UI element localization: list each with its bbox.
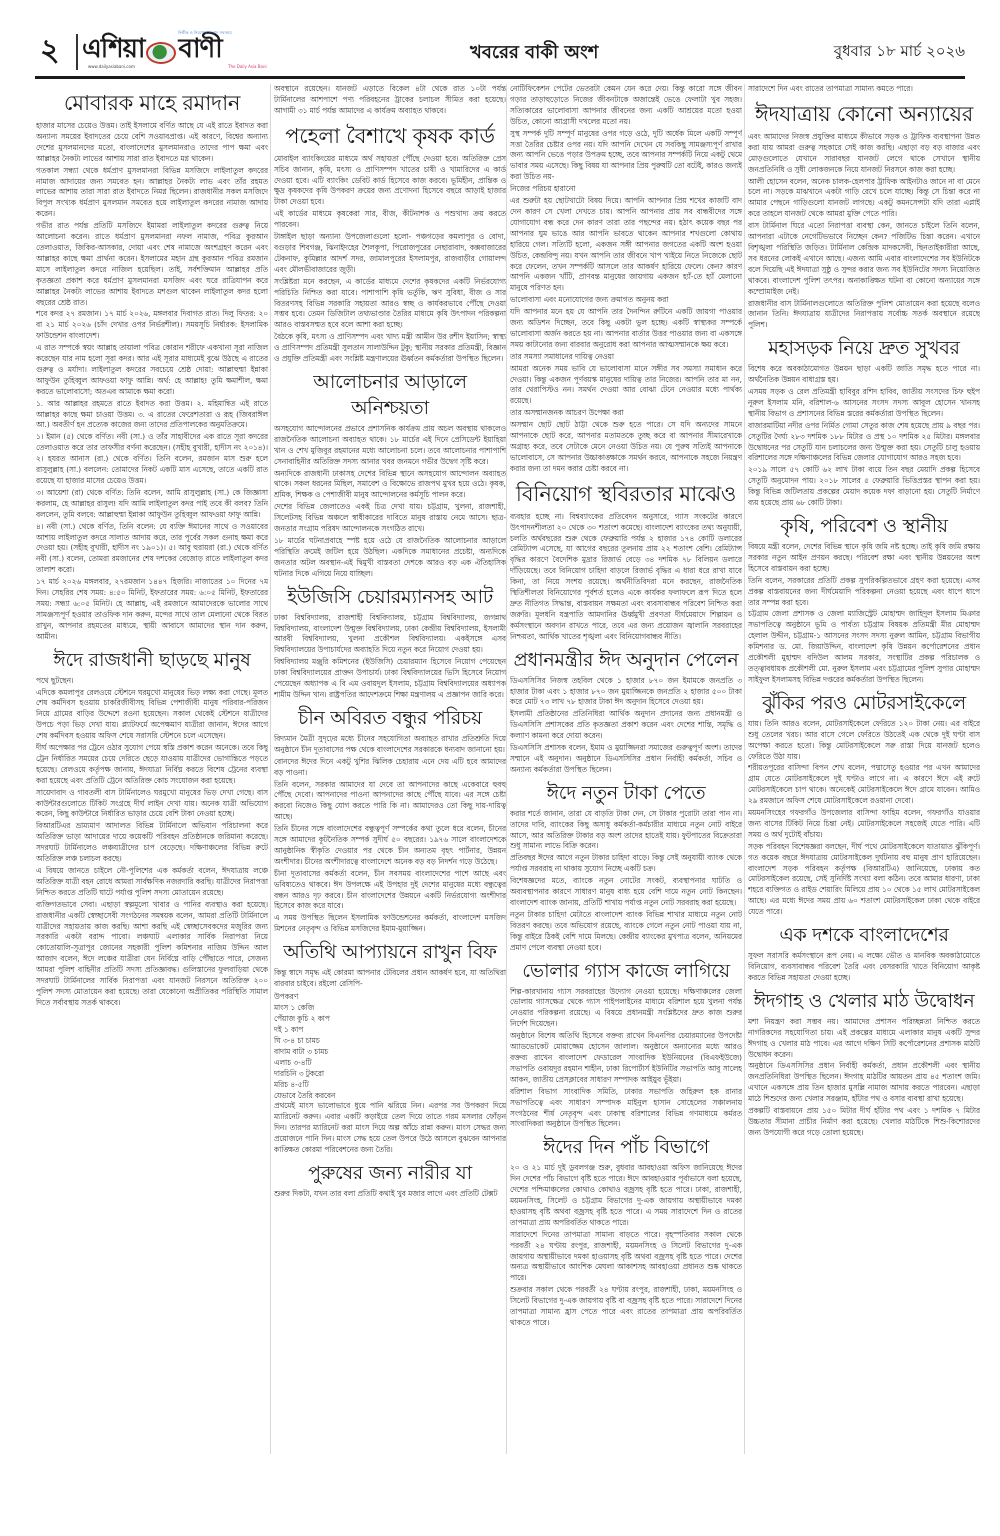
article-paragraph: প্রকল্পটি বাস্তবায়নে প্রায় ১৫০ মিটার দ… — [748, 1106, 980, 1139]
article-paragraph: অসম্মান ছোট ছোট ঠাট্টা থেকে শুরু হতে পার… — [510, 420, 742, 475]
article-paragraph: তিনি বলেন, সরকারের প্রতিটি প্রকল্প সুপরি… — [748, 576, 980, 609]
article: মোবারক মাহে রমাদান হাজার মাসের চেয়েও উত… — [36, 88, 268, 643]
article-paragraph: ব্যক্তিগতভাবে সেবা। এছাড়া স্বল্পমূল্যে … — [36, 900, 268, 1009]
article: মহাসড়ক নিয়ে দ্রুত সুখবর বিশেষ করে অবকা… — [748, 335, 980, 509]
ingredient-item: এলাচ ৩-৪টি — [274, 1057, 506, 1068]
article-paragraph: এ রাত সম্পর্কে স্বয়ং আল্লাহ তায়ালা পবি… — [36, 343, 268, 398]
logo-name-right: বাণী — [178, 34, 221, 64]
article: আলোচনার আড়ালে অনিশ্চয়তা অসহযোগ আন্দোলন… — [274, 369, 506, 580]
article-continuation: নোটিফিকেশন পেটের ভেতরটা কেমন যেন করে দেয… — [510, 84, 742, 475]
article-paragraph: শুরুর দিকটা, যখন তার বলা প্রতিটি কথাই খু… — [274, 1189, 506, 1200]
article-paragraph: অসহযোগ আন্দোলনের প্রভাবে প্রশাসনিক কার্য… — [274, 424, 506, 468]
article-paragraph: ১৮ মার্চের ঘটনাপ্রবাহে স্পষ্ট হয়ে ওঠে য… — [274, 536, 506, 580]
article-paragraph: সড়ক পরিবহন বিশেষজ্ঞরা বলছেন, দীর্ঘ পথে … — [748, 842, 980, 918]
ingredient-item: দারচিনি ৩ টুকরো — [274, 1068, 506, 1079]
article-paragraph: মশা নিয়ন্ত্রণ করা সম্ভব নয়। আমাদের প্র… — [748, 1017, 980, 1061]
article-headline[interactable]: বিনিয়োগ স্থবিরতার মাঝেও — [510, 479, 742, 509]
header-rule — [35, 76, 965, 79]
article-paragraph: যায়। তিনি আরও বলেন, মোটরসাইকেলে ফেরিতে … — [748, 719, 980, 763]
ingredient-item: পেঁয়াজ কুচি ২ কাপ — [274, 1013, 506, 1024]
article-paragraph: ২০ ও ২১ মার্চ দুই ডুবলগঞ্জ শুরু, বুধবার … — [510, 1163, 742, 1228]
article: ঈদে রাজধানী ছাড়ছে মানুষ পথে ছুটছেন। এদি… — [36, 647, 268, 1009]
column-divider — [744, 84, 745, 1454]
page-number: ২ — [40, 34, 60, 68]
ingredient-item: দই ১ কাপ — [274, 1024, 506, 1035]
globe-icon — [146, 42, 176, 64]
article-paragraph: অন্যদিকে রাজধানী ঢাকাসহ দেশের বিভিন্ন স্… — [274, 469, 506, 502]
article: এক দশকে বাংলাদেশের সুফল সরাসরি কর্মসংস্থ… — [748, 922, 980, 984]
article-headline[interactable]: আলোচনার আড়ালে অনিশ্চয়তা — [274, 369, 506, 421]
article-paragraph: শুক্রবার সকাল থেকে পরবর্তী ২৪ ঘণ্টায় রং… — [510, 1285, 742, 1329]
article-paragraph: ১৭ মার্চ ২০২৬ মঙ্গলবার, ২৭রমজান ১৪৪৭ হিজ… — [36, 577, 268, 642]
article-subheading: ভালোবাসা এবং মনোযোগের জন্য ক্রমাগত অনুনয… — [510, 295, 742, 306]
article-paragraph: অনুষ্ঠানে বিশেষ অতিথি হিসেবে বক্তব্য রাখ… — [510, 1031, 742, 1086]
article-paragraph: সুস্থ সম্পর্ক দুটি সম্পূর্ণ মানুষের ওপর … — [510, 129, 742, 184]
article-paragraph: ২০১৯ সালে ৫৭ কোটি ৬২ লাখ টাকা ব্যয়ে তিন… — [748, 465, 980, 509]
article-paragraph: করার শর্তে জানান, তারা যে বাড়তি টাকা দে… — [510, 809, 742, 853]
logo-name-left: এশিয়া — [82, 34, 144, 64]
article-subheading: তার সমস্যা সমাধানের দায়িত্ব নেওয়া — [510, 352, 742, 363]
newspaper-logo[interactable]: নির্ভীক ও নিরপেক্ষ সংবাদ সবসময় এশিয়াবা… — [76, 34, 276, 70]
recipe-article: অতিথি আপ্যায়নে রাখুন বিফ কিন্তু স্বাদে … — [274, 939, 506, 1155]
article-headline[interactable]: ঈদে রাজধানী ছাড়ছে মানুষ — [36, 647, 268, 673]
article-headline[interactable]: ইউজিসি চেয়ারম্যানসহ আট — [274, 584, 506, 610]
article: ইউজিসি চেয়ারম্যানসহ আট ঢাকা বিশ্ববিদ্যা… — [274, 584, 506, 701]
article-paragraph: বিআরটিএর ভ্রাম্যমাণ আদালত বিভিন্ন টার্মি… — [36, 821, 268, 865]
article: পহেলা বৈশাখে কৃষক কার্ড মোবাইল ব্যাংকিংয… — [274, 121, 506, 365]
article-paragraph: ৩। আয়েশা (রা) থেকে বর্ণিত: তিনি বলেন, আ… — [36, 488, 268, 521]
article-paragraph: ময়মনসিংহের গফরগাঁও উপজেলার বাসিন্দা ফাহ… — [748, 808, 980, 841]
logo-english-name: The Daily Asia Bani — [228, 64, 267, 69]
article-continuation: সারাদেশে দিন এবং রাতের তাপমাত্রা সামান্য… — [748, 84, 980, 95]
article-paragraph: ৪। নবী (সা.) থেকে বর্ণিত, তিনি বলেন: যে … — [36, 522, 268, 577]
article: ঈদে নতুন টাকা পেতে করার শর্তে জানান, তার… — [510, 780, 742, 954]
method-text: প্রথমেই মাংস ভালোভাবে ধুয়ে পানি ঝরিয়ে … — [274, 1101, 506, 1156]
article-paragraph: সুফল সরাসরি কর্মসংস্থানে রূপ নেয়। এ লক্… — [748, 951, 980, 984]
article-paragraph: মোবাইল ব্যাংকিংয়ের মাধ্যমে অর্থ সহায়তা… — [274, 154, 506, 209]
article-paragraph: সায়েদাবাদ ও গাবতলী বাস টার্মিনালেও ঘরমু… — [36, 788, 268, 821]
article-paragraph: তিনি চীনের সঙ্গে বাংলাদেশের বন্ধুত্বপূর্… — [274, 824, 506, 868]
article: পুরুষের জন্য নারীর যা শুরুর দিকটা, যখন ত… — [274, 1160, 506, 1200]
article-paragraph: ডিএসসিসি প্রশাসক বলেন, ইমাম ও মুয়াজ্জিন… — [510, 743, 742, 776]
article-headline[interactable]: চীন অবিরত বন্ধুর পরিচয় — [274, 705, 506, 731]
ingredient-item: বাদাম বাটা ৩ চামচ — [274, 1046, 506, 1057]
masthead: ২ নির্ভীক ও নিরপেক্ষ সংবাদ সবসময় এশিয়া… — [40, 34, 965, 74]
column-divider — [506, 84, 507, 1454]
article-paragraph: আমরা অনেক সময় ভাবি যে ভালোবাসা মানে সঙ্… — [510, 364, 742, 408]
article-paragraph: বিষয়ে মন্ত্রী বলেন, দেশের বিভিন্ন স্থান… — [748, 542, 980, 575]
article-paragraph: নোটিফিকেশন পেটের ভেতরটা কেমন যেন করে দেয… — [510, 84, 742, 128]
article-paragraph: ঢাকা বিশ্ববিদ্যালয়, রাজশাহী বিশ্ববিদ্যা… — [274, 613, 506, 657]
article-paragraph: নতুন টাকার চাহিদা মেটাতে বাংলাদেশ ব্যাংক… — [510, 910, 742, 954]
ingredients-title: উপকরণ — [274, 991, 506, 1002]
article-paragraph: হাজার মাসের চেয়েও উত্তম। তাই ইসলামে বর্… — [36, 121, 268, 165]
article-paragraph: বিশেষ করে অবকাঠামোগত উন্নয়ন ছাড়া একটি … — [748, 364, 980, 386]
column-3: নোটিফিকেশন পেটের ভেতরটা কেমন যেন করে দেয… — [510, 84, 742, 1464]
article-headline[interactable]: অতিথি আপ্যায়নে রাখুন বিফ — [274, 939, 506, 965]
article-headline[interactable]: প্রধানমন্ত্রীর ঈদ অনুদান পেলেন — [510, 647, 742, 673]
column-4: সারাদেশে দিন এবং রাতের তাপমাত্রা সামান্য… — [748, 84, 980, 1464]
column-1: মোবারক মাহে রমাদান হাজার মাসের চেয়েও উত… — [36, 84, 268, 1464]
article-paragraph: এ সময় উপস্থিত ছিলেন ইসলামিক ফাউন্ডেশনের… — [274, 913, 506, 935]
article-paragraph: দীর্ঘ অপেক্ষার পর ট্রেনে ওঠার সুযোগ পেয়… — [36, 743, 268, 787]
article-headline[interactable]: এক দশকে বাংলাদেশের — [748, 922, 980, 948]
article-headline[interactable]: ভোলার গ্যাস কাজে লাগিয়ে — [510, 958, 742, 984]
article-paragraph: এবং আমাদের নিজস্ব প্রযুক্তির মাধ্যমে কীভ… — [748, 132, 980, 176]
article-paragraph: বরিশাল বিভাগ সাংবাদিক সমিতি, ঢাকার সভাপত… — [510, 1087, 742, 1131]
article-paragraph: শিল্প-কারখানায় গ্যাস সরবরাহের উদ্যোগ নে… — [510, 987, 742, 1031]
article-paragraph: কিন্তু স্বাদে সমৃদ্ধ এই কোরমা আপনার টেবি… — [274, 968, 506, 990]
article-paragraph: বিশ্ববিদ্যালয় মঞ্জুরি কমিশনের (ইউজিসি) … — [274, 657, 506, 701]
article: প্রধানমন্ত্রীর ঈদ অনুদান পেলেন ডিএসসিসির… — [510, 647, 742, 776]
section-title: খবরের বাকী অংশ — [470, 38, 598, 69]
article-headline[interactable]: ঝুঁকির পরও মোটরসাইকেলে — [748, 690, 980, 716]
article-headline[interactable]: ঈদগাহ ও খেলার মাঠ উদ্বোধন — [748, 988, 980, 1014]
article-headline[interactable]: মোবারক মাহে রমাদান — [36, 88, 268, 118]
article-subheading: নিজের পরিচয় হারানো — [510, 184, 742, 195]
article: ঈদের দিন পাঁচ বিভাগে ২০ ও ২১ মার্চ দুই ড… — [510, 1134, 742, 1329]
article-headline[interactable]: কৃষি, পরিবেশ ও স্থানীয় — [748, 513, 980, 539]
ingredient-item: মরিচ ৪-৫টি — [274, 1079, 506, 1090]
article-paragraph: শবে কদর ২৭ রমজান। ১৭ মার্চ ২০২৬, মঙ্গলবা… — [36, 309, 268, 342]
article-paragraph: টাঙ্গাইল ছাড়া অন্যান্য উপজেলাগুলো হলো- … — [274, 232, 506, 276]
article-paragraph: বৈঠকে কৃষি, মৎস্য ও প্রাণিসম্পদ এবং খাদ্… — [274, 332, 506, 365]
article-paragraph: ব্যবহার হচ্ছে না। বিশ্বব্যাংকের প্রতিবেদ… — [510, 512, 742, 643]
article-paragraph: এ বিষয়ে জানতে চাইলে নৌ-পুলিশের এক কর্মক… — [36, 866, 268, 899]
article-headline[interactable]: ঈদে নতুন টাকা পেতে — [510, 780, 742, 806]
article-continuation: অবস্থানে রয়েছেন। যানজট এড়াতে বিকেল ৪টা… — [274, 84, 506, 117]
article-headline[interactable]: পুরুষের জন্য নারীর যা — [274, 1160, 506, 1186]
article-paragraph: সংশ্লিষ্টরা মনে করছেন, এ কার্ডের মাধ্যমে… — [274, 277, 506, 332]
article-paragraph: এর শুরুটা হয় ছোটখাটো বিষয় দিয়ে। আপনি … — [510, 196, 742, 294]
article-paragraph: বিদ্যমান মৈত্রী সুদৃঢ়ের মধ্যে চীনের সহয… — [274, 734, 506, 756]
article: ঈদগাহ ও খেলার মাঠ উদ্বোধন মশা নিয়ন্ত্রণ… — [748, 988, 980, 1139]
article-paragraph: রাজধানীর বাস টার্মিনালগুলোতে অতিরিক্ত পু… — [748, 299, 980, 332]
article-paragraph: ১. আর আল্লাহর রহমতে রাতে ইবাদত করা উত্তম… — [36, 399, 268, 432]
column-2: অবস্থানে রয়েছেন। যানজট এড়াতে বিকেল ৪টা… — [274, 84, 506, 1464]
logo-tagline: নির্ভীক ও নিরপেক্ষ সংবাদ সবসময় — [178, 30, 232, 37]
method-title: যেভাবে তৈরি করবেন — [274, 1090, 506, 1101]
article-paragraph: পথে ছুটছেন। — [36, 676, 268, 687]
article: ঈদযাত্রায় কোনো অন্যায়ের এবং আমাদের নিজ… — [748, 99, 980, 331]
article-headline[interactable]: মহাসড়ক নিয়ে দ্রুত সুখবর — [748, 335, 980, 361]
article-paragraph: সারাদেশে দিন এবং রাতের তাপমাত্রা সামান্য… — [748, 84, 980, 95]
article-paragraph: এদিকে কমলাপুর রেলওয়ে স্টেশনে ঘরমুখো মান… — [36, 688, 268, 743]
article-paragraph: এই কার্ডের মাধ্যমে কৃষকেরা সার, বীজ, কীট… — [274, 209, 506, 231]
column-divider — [270, 84, 271, 1454]
article-subheading: তার অসম্মানজনক আচরণ উপেক্ষা করা — [510, 408, 742, 419]
article-headline[interactable]: ঈদযাত্রায় কোনো অন্যায়ের — [748, 99, 980, 129]
article-paragraph: অনুষ্ঠানে ডিএসসিসির প্রধান নির্বাহী কর্ম… — [748, 1061, 980, 1105]
article-paragraph: সারাদেশে দিনের তাপমাত্রা সামান্য বাড়তে … — [510, 1230, 742, 1285]
article-paragraph: তিনি বলেন, সরকার আমাদের যা দেবে তা আপনাদ… — [274, 780, 506, 824]
article: চীন অবিরত বন্ধুর পরিচয় বিদ্যমান মৈত্রী … — [274, 705, 506, 935]
article-headline[interactable]: ঈদের দিন পাঁচ বিভাগে — [510, 1134, 742, 1160]
article-paragraph: ১। ইমান (৫) থেকে বর্ণিত। নবী (সা.) ও তাঁ… — [36, 432, 268, 487]
article: ভোলার গ্যাস কাজে লাগিয়ে শিল্প-কারখানায়… — [510, 958, 742, 1131]
article-paragraph: বাজারমাটিয়া নদীর ওপর নির্মিত গোমা সেতুর… — [748, 421, 980, 465]
article: কৃষি, পরিবেশ ও স্থানীয় বিষয়ে মন্ত্রী ব… — [748, 513, 980, 686]
article-paragraph: গতকাল সন্ধ্যা থেকে ধর্মপ্রাণ মুসলমানরা ব… — [36, 166, 268, 221]
ingredient-item: মাংস ১ কেজি — [274, 1002, 506, 1013]
article-paragraph: গভীর রাত পর্যন্ত প্রতিটি মসজিদে ইমামরা ল… — [36, 221, 268, 308]
issue-date: বুধবার ১৮ মার্চ ২০২৬ — [834, 40, 965, 65]
article-paragraph: ডিএসসিসির নিজস্ব তহবিল থেকে ১ হাজার ৮৭০ … — [510, 676, 742, 709]
article-paragraph: বাস টার্মিনাল ঘিরে এতো নিরাপত্তা ব্যবস্থ… — [748, 221, 980, 297]
article-paragraph: চট্টগ্রাম জেলা প্রশাসক ও জেলা ম্যাজিস্ট্… — [748, 609, 980, 685]
article-paragraph: বিশেষজ্ঞদের মতে, ব্যাংকে নতুন নোটের সংকট… — [510, 876, 742, 909]
article-paragraph: অবস্থানে রয়েছেন। যানজট এড়াতে বিকেল ৪টা… — [274, 84, 506, 117]
logo-website[interactable]: www.dailyasiabani.com — [88, 64, 135, 69]
article-paragraph: প্রতিবছর ঈদের আগে নতুন টাকার চাহিদা বাড়… — [510, 853, 742, 875]
article-paragraph: যদি আপনার মনে হয় যে আপনি তার দৈনন্দিন র… — [510, 307, 742, 351]
article-paragraph: ইসলামী প্রতিষ্ঠানের প্রতিনিধিরা আর্থিক অ… — [510, 709, 742, 742]
article: বিনিয়োগ স্থবিরতার মাঝেও ব্যবহার হচ্ছে ন… — [510, 479, 742, 643]
article-paragraph: দেশের বিভিন্ন জেলাতেও একই চিত্র দেখা যায… — [274, 502, 506, 535]
article-paragraph: এসময় সড়ক ও রেল প্রতিমন্ত্রী হাবিবুর রশ… — [748, 387, 980, 420]
article-paragraph: চীনা দূতাবাসের কর্মকর্তা বলেন, চীন সবসময… — [274, 869, 506, 913]
article-paragraph: আলী হোসেন বলেন, অনেক চালক-হেলপার ট্রাফিক… — [748, 177, 980, 221]
article-paragraph: শরীয়তপুরের বাসিন্দা বিপন শেখ বলেন, পদ্ম… — [748, 763, 980, 807]
article: ঝুঁকির পরও মোটরসাইকেলে যায়। তিনি আরও বল… — [748, 690, 980, 918]
article-headline[interactable]: পহেলা বৈশাখে কৃষক কার্ড — [274, 121, 506, 151]
article-paragraph: বোনদের ঈদের দিনে একটু খুশির ঝিলিক চেহারা… — [274, 757, 506, 779]
ingredient-item: ঘি ৩-৪ চা চামচ — [274, 1035, 506, 1046]
